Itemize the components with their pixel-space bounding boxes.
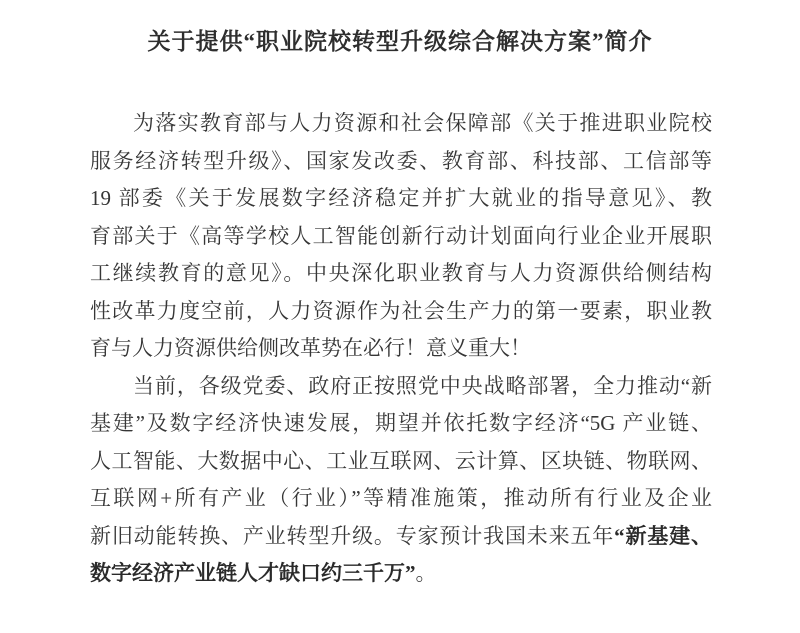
bold-text-segment: 数字经济产业链人才缺口约三千万”: [90, 561, 416, 585]
document-line: 服务经济转型升级》、国家发改委、教育部、科技部、工信部等: [90, 143, 712, 181]
bold-text-segment: “新基建、: [614, 524, 712, 548]
text-segment: 人工智能、大数据中心、工业互联网、云计算、区块链、物联网、: [90, 449, 712, 473]
text-segment: 互联网+所有产业（行业）”等精准施策，推动所有行业及企业: [90, 486, 712, 510]
document-line: 为落实教育部与人力资源和社会保障部《关于推进职业院校: [90, 105, 712, 143]
text-segment: 新旧动能转换、产业转型升级。专家预计我国未来五年: [90, 524, 614, 548]
text-segment: 为落实教育部与人力资源和社会保障部《关于推进职业院校: [133, 111, 712, 135]
document-line: 性改革力度空前，人力资源作为社会生产力的第一要素，职业教: [90, 293, 712, 331]
text-segment: 育与人力资源供给侧改革势在必行！意义重大！: [90, 336, 531, 360]
document-line: 人工智能、大数据中心、工业互联网、云计算、区块链、物联网、: [90, 443, 712, 481]
text-segment: 基建”及数字经济快速发展，期望并依托数字经济“5G 产业链、: [90, 411, 712, 435]
document-page: 关于提供“职业院校转型升级综合解决方案”简介 为落实教育部与人力资源和社会保障部…: [0, 0, 800, 633]
document-line: 19 部委《关于发展数字经济稳定并扩大就业的指导意见》、教: [90, 180, 712, 218]
document-line: 互联网+所有产业（行业）”等精准施策，推动所有行业及企业: [90, 480, 712, 518]
document-body: 为落实教育部与人力资源和社会保障部《关于推进职业院校服务经济转型升级》、国家发改…: [90, 105, 712, 593]
text-segment: 服务经济转型升级》、国家发改委、教育部、科技部、工信部等: [90, 149, 712, 173]
text-segment: 当前，各级党委、政府正按照党中央战略部署，全力推动“新: [133, 374, 712, 398]
text-segment: 。: [416, 561, 437, 585]
text-segment: 育部关于《高等学校人工智能创新行动计划面向行业企业开展职: [90, 224, 712, 248]
document-line: 育部关于《高等学校人工智能创新行动计划面向行业企业开展职: [90, 218, 712, 256]
text-segment: 工继续教育的意见》。中央深化职业教育与人力资源供给侧结构: [90, 261, 712, 285]
document-line: 工继续教育的意见》。中央深化职业教育与人力资源供给侧结构: [90, 255, 712, 293]
document-line: 当前，各级党委、政府正按照党中央战略部署，全力推动“新: [90, 368, 712, 406]
document-line: 基建”及数字经济快速发展，期望并依托数字经济“5G 产业链、: [90, 405, 712, 443]
document-line: 新旧动能转换、产业转型升级。专家预计我国未来五年“新基建、: [90, 518, 712, 556]
document-line: 数字经济产业链人才缺口约三千万”。: [90, 555, 712, 593]
text-segment: 19 部委《关于发展数字经济稳定并扩大就业的指导意见》、教: [90, 186, 712, 210]
text-segment: 性改革力度空前，人力资源作为社会生产力的第一要素，职业教: [90, 299, 712, 323]
document-title: 关于提供“职业院校转型升级综合解决方案”简介: [0, 0, 800, 57]
document-line: 育与人力资源供给侧改革势在必行！意义重大！: [90, 330, 712, 368]
